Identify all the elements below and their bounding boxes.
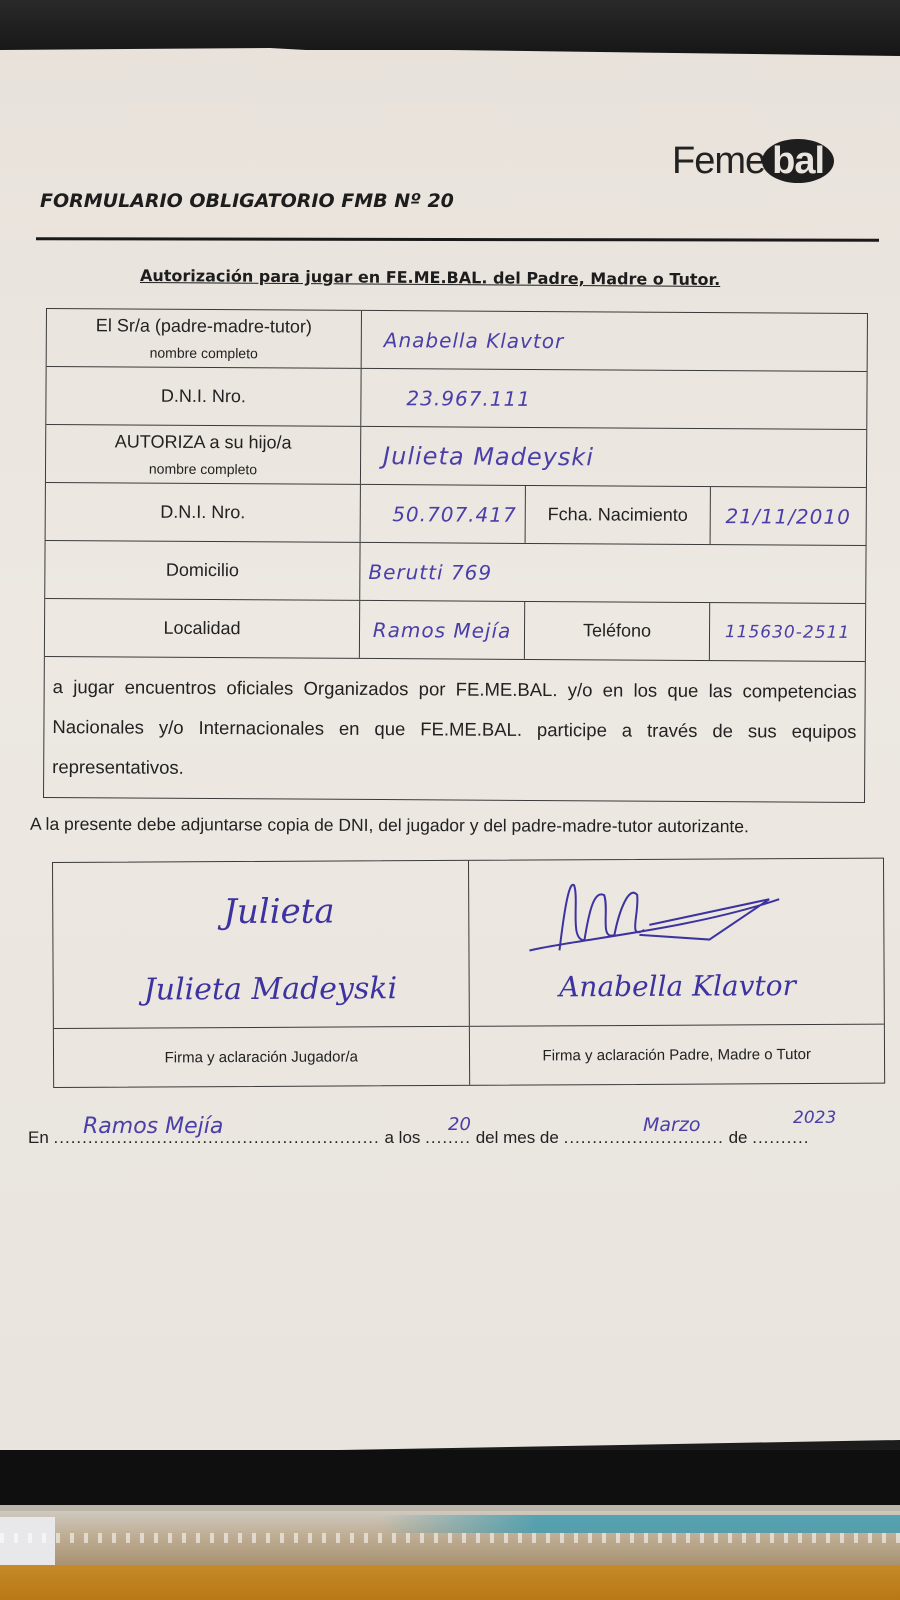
child-sublabel: nombre completo (149, 461, 257, 478)
year-dots: .......... (752, 1128, 809, 1147)
child-dni-label-cell: D.N.I. Nro. (46, 483, 361, 542)
de-label: de (729, 1128, 748, 1147)
child-name-value: Julieta Madeyski (383, 442, 594, 471)
child-dni-field[interactable]: 50.707.417 (361, 485, 526, 543)
signature-label-row: Firma y aclaración Jugador/a Firma y acl… (54, 1024, 884, 1087)
phone-label-cell: Teléfono (525, 602, 710, 660)
femebal-logo: Femebal (672, 137, 834, 185)
player-signature: Julieta (223, 892, 335, 933)
form-subtitle: Autorización para jugar en FE.ME.BAL. de… (140, 266, 720, 289)
ruler (0, 1505, 900, 1571)
guardian-dni-label: D.N.I. Nro. (161, 386, 246, 408)
guardian-signature-field[interactable]: Anabella Klavtor (468, 859, 883, 1026)
month-value[interactable]: Marzo (643, 1114, 700, 1136)
guardian-signature-scribble-icon (509, 869, 810, 971)
guardian-sublabel: nombre completo (150, 345, 258, 362)
child-name-field[interactable]: Julieta Madeyski (361, 427, 866, 487)
signature-row: Julieta Julieta Madeyski Anabella Klavto… (53, 859, 884, 1028)
address-value: Berutti 769 (368, 559, 492, 584)
signature-table: Julieta Julieta Madeyski Anabella Klavto… (52, 858, 885, 1088)
birth-date-value: 21/11/2010 (726, 504, 851, 529)
city-phone-row: Localidad Ramos Mejía Teléfono 115630-25… (45, 599, 865, 662)
city-value: Ramos Mejía (373, 618, 512, 643)
player-signature-field[interactable]: Julieta Julieta Madeyski (53, 861, 469, 1028)
phone-label: Teléfono (583, 620, 651, 641)
day-value[interactable]: 20 (448, 1114, 471, 1135)
en-label: En (28, 1128, 49, 1147)
phone-value: 115630-2511 (725, 622, 850, 643)
form-title: FORMULARIO OBLIGATORIO FMB Nº 20 (40, 190, 454, 212)
address-row: Domicilio Berutti 769 (45, 541, 865, 604)
child-dni-value: 50.707.417 (392, 502, 517, 527)
guardian-label: El Sr/a (padre-madre-tutor) (96, 315, 312, 337)
city-field[interactable]: Ramos Mejía (360, 601, 525, 659)
guardian-name-field[interactable]: Anabella Klavtor (362, 311, 867, 371)
address-field[interactable]: Berutti 769 (360, 543, 865, 603)
background-bottom (0, 1450, 900, 1510)
child-name-row: AUTORIZA a su hijo/a nombre completo Jul… (46, 425, 866, 488)
statement-row: a jugar encuentros oficiales Organizados… (44, 657, 865, 802)
guardian-label-cell: El Sr/a (padre-madre-tutor) nombre compl… (47, 309, 362, 368)
guardian-name-value: Anabella Klavtor (384, 328, 565, 353)
birth-date-label: Fcha. Nacimiento (548, 504, 688, 526)
child-label: AUTORIZA a su hijo/a (115, 431, 292, 453)
birth-date-label-cell: Fcha. Nacimiento (526, 486, 711, 544)
player-clarification: Julieta Madeyski (144, 971, 398, 1007)
guardian-name-row: El Sr/a (padre-madre-tutor) nombre compl… (47, 309, 867, 372)
ruler-ticks (0, 1533, 900, 1543)
city-label: Localidad (163, 618, 240, 639)
child-dni-label: D.N.I. Nro. (160, 502, 245, 524)
authorization-table: El Sr/a (padre-madre-tutor) nombre compl… (43, 308, 868, 803)
year-value[interactable]: 2023 (793, 1108, 836, 1128)
guardian-dni-value: 23.967.111 (406, 386, 531, 411)
city-label-cell: Localidad (45, 599, 360, 658)
attachment-note: A la presente debe adjuntarse copia de D… (30, 814, 749, 838)
birth-date-field[interactable]: 21/11/2010 (711, 487, 866, 545)
player-signature-label: Firma y aclaración Jugador/a (54, 1027, 470, 1087)
place-value[interactable]: Ramos Mejía (83, 1114, 223, 1139)
ruler-blue-band (380, 1515, 900, 1533)
mes-label: del mes de (476, 1128, 559, 1147)
a-los-label: a los (385, 1128, 421, 1147)
child-label-cell: AUTORIZA a su hijo/a nombre completo (46, 425, 361, 484)
authorization-statement: a jugar encuentros oficiales Organizados… (44, 657, 865, 802)
guardian-dni-field[interactable]: 23.967.111 (361, 369, 866, 429)
guardian-signature-label: Firma y aclaración Padre, Madre o Tutor (469, 1025, 884, 1085)
wooden-table (0, 1565, 900, 1600)
guardian-dni-row: D.N.I. Nro. 23.967.111 (46, 367, 866, 430)
address-label-cell: Domicilio (45, 541, 360, 600)
phone-field[interactable]: 115630-2511 (710, 603, 865, 661)
address-label: Domicilio (166, 560, 239, 581)
logo-ball-icon: bal (762, 139, 834, 183)
logo-text: Feme (672, 140, 765, 183)
guardian-clarification: Anabella Klavtor (559, 969, 796, 1003)
guardian-dni-label-cell: D.N.I. Nro. (46, 367, 361, 426)
child-dni-row: D.N.I. Nro. 50.707.417 Fcha. Nacimiento … (46, 483, 866, 546)
place-date-line: En .....................................… (28, 1128, 858, 1148)
